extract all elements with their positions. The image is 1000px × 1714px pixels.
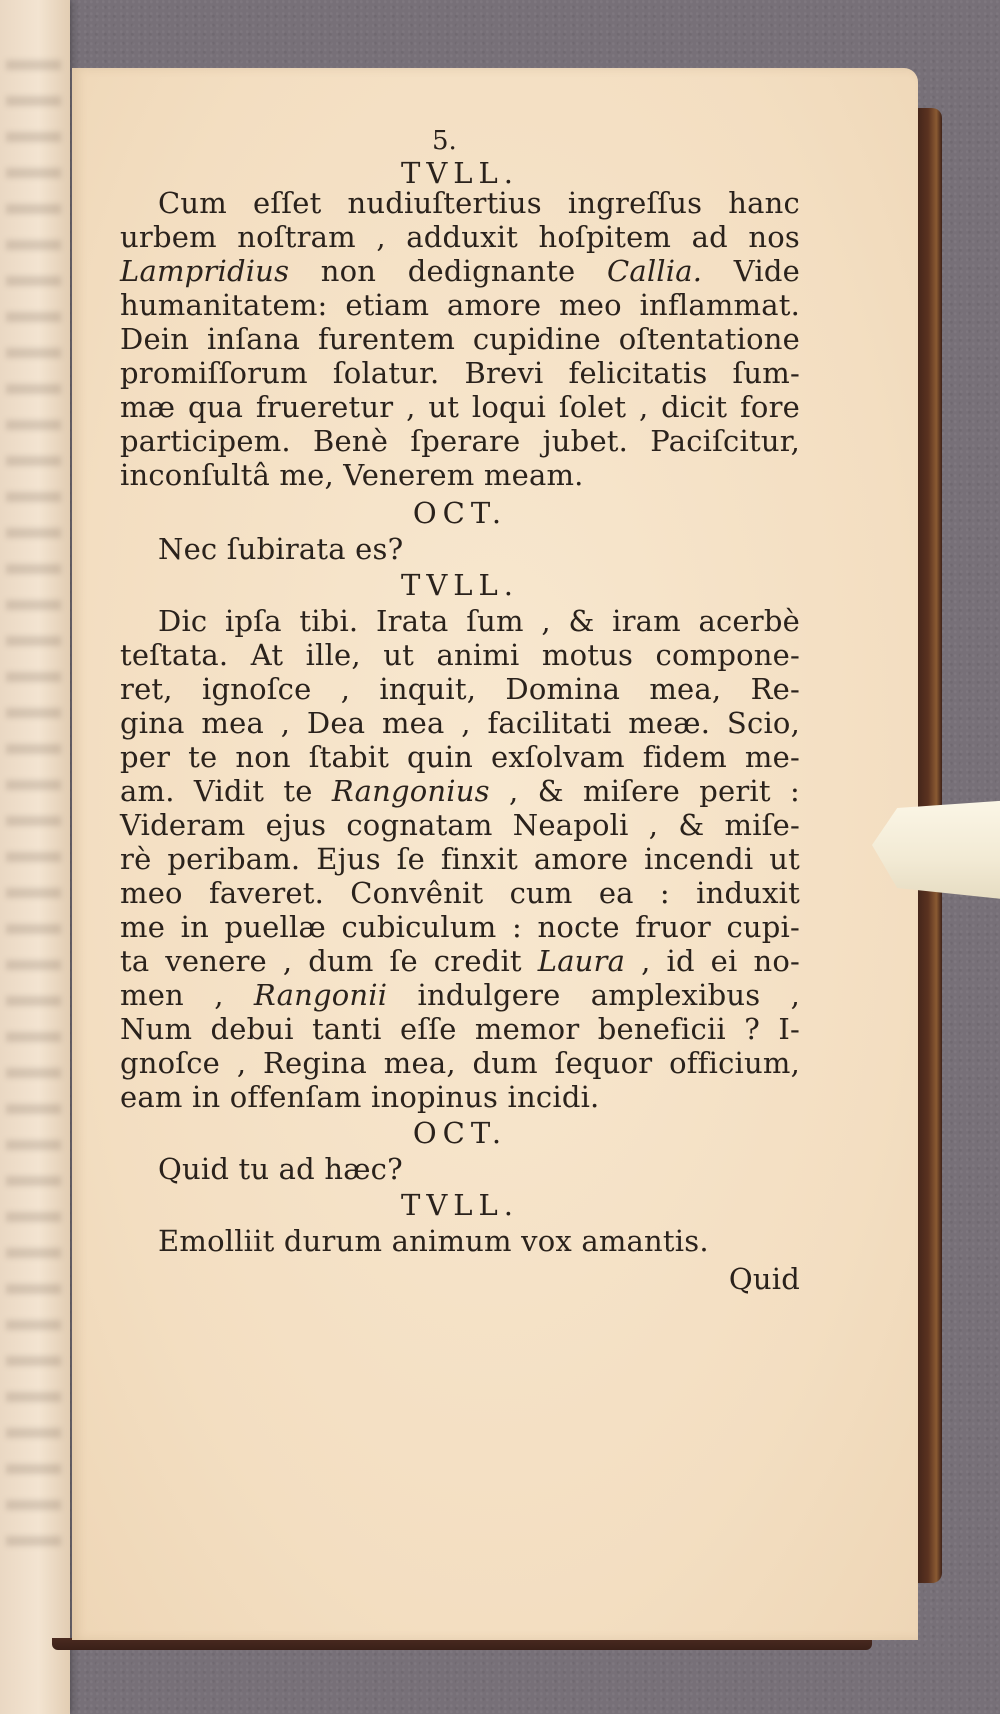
italic-name: Callia. <box>607 254 702 288</box>
page-number: 5. <box>432 126 457 156</box>
text-line: Num debui tanti eſſe memor beneficii ? I… <box>120 1012 800 1046</box>
text-line: gnoſce , Regina mea, dum ſequor officium… <box>120 1046 800 1080</box>
catchword: Quid <box>729 1262 800 1296</box>
italic-name: Rangonius <box>332 774 490 808</box>
speaker-heading: TVLL. <box>120 156 800 190</box>
italic-name: Rangonii <box>254 978 387 1012</box>
italic-name: Laura <box>538 944 625 978</box>
text-line: Dein inſana furentem cupidine oſtentatio… <box>120 322 800 356</box>
text-line: Lampridius non dedignante Callia. Vide <box>120 254 800 288</box>
text-line: ta venere , dum ſe credit Laura , id ei … <box>120 944 800 978</box>
text-line: Nec ſubirata es? <box>158 532 403 566</box>
text-line: meo faveret. Convênit cum ea : induxit <box>120 876 800 910</box>
text-line: Cum eſſet nudiuſtertius ingreſſus hanc <box>158 186 800 220</box>
facing-page-blurred-text <box>6 60 61 1560</box>
text-line: me in puellæ cubiculum : nocte fruor cup… <box>120 910 800 944</box>
text-line: humanitatem: etiam amore meo inflammat. <box>120 288 800 322</box>
facing-page-edge <box>0 0 70 1714</box>
text-span: men , <box>120 978 254 1012</box>
text-span: non dedignante <box>289 254 607 288</box>
text-line: Emolliit durum animum vox amantis. <box>158 1224 709 1258</box>
text-span: , id ei no- <box>625 944 800 978</box>
text-line: promiſſorum ſolatur. Brevi felicitatis ſ… <box>120 356 800 390</box>
text-line: per te non ſtabit quin exſolvam fidem me… <box>120 740 800 774</box>
speaker-heading: OCT. <box>120 496 800 530</box>
text-line: gina mea , Dea mea , facilitati meæ. Sci… <box>120 706 800 740</box>
text-line: inconſultâ me, Venerem meam. <box>120 458 584 492</box>
speaker-heading: TVLL. <box>120 568 800 602</box>
text-line: Quid tu ad hæc? <box>158 1152 403 1186</box>
text-span: , & miſere perit : <box>490 774 800 808</box>
speaker-heading: TVLL. <box>120 1188 800 1222</box>
text-span: Vide <box>702 254 800 288</box>
text-span: indulgere amplexibus , <box>387 978 800 1012</box>
speaker-heading: OCT. <box>120 1116 800 1150</box>
text-line: rè peribam. Ejus ſe finxit amore incendi… <box>120 842 800 876</box>
text-line: am. Vidit te Rangonius , & miſere perit … <box>120 774 800 808</box>
text-line: eam in offenſam inopinus incidi. <box>120 1080 599 1114</box>
text-line: men , Rangonii indulgere amplexibus , <box>120 978 800 1012</box>
text-span: am. Vidit te <box>120 774 332 808</box>
text-line: teſtata. At ille, ut animi motus compone… <box>120 638 800 672</box>
text-line: ret, ignoſce , inquit, Domina mea, Re- <box>120 672 800 706</box>
text-line: participem. Benè ſperare jubet. Paciſcit… <box>120 424 800 458</box>
text-line: Videram ejus cognatam Neapoli , & miſe- <box>120 808 800 842</box>
text-line: Dic ipſa tibi. Irata ſum , & iram acerbè <box>158 604 800 638</box>
italic-name: Lampridius <box>120 254 289 288</box>
text-line: urbem noſtram , adduxit hoſpitem ad nos <box>120 220 800 254</box>
text-line: mæ qua frueretur , ut loqui ſolet , dici… <box>120 390 800 424</box>
text-span: ta venere , dum ſe credit <box>120 944 538 978</box>
